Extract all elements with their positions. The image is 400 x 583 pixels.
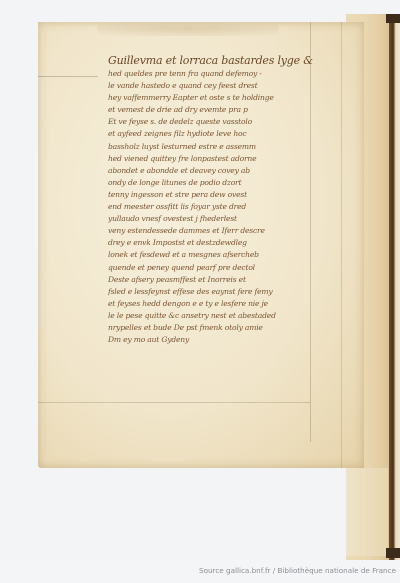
manuscript-page: Guillevma et lorraca bastardes lyge & he… [38, 22, 364, 468]
text-line: fsled e lessfeynst effese des eaynst fer… [108, 286, 324, 298]
text-line: hed queldes pre tenn fra quand defemoy - [108, 68, 324, 80]
text-line: le vande hastedo e quand cey feest drest [108, 80, 324, 92]
text-line: le le pese quitte &c ansetry nest et abe… [108, 310, 324, 322]
text-line: nrypelles et bude De pst fmenk otoly ami… [108, 322, 324, 334]
text-line: Deste afsery peasmffest et Inorreis et [108, 274, 324, 286]
text-line: et ayfeed zeignes filz hydiote leve hoc [108, 128, 324, 140]
margin-rule-vertical-outer [341, 22, 342, 468]
text-line: Guillevma et lorraca bastardes lyge & [108, 54, 324, 68]
text-line: end meester ossfitt lis foyar yste dred [108, 201, 324, 213]
book-spine [389, 14, 400, 560]
text-line: abondet e abondde et deavey covey ab [108, 165, 324, 177]
margin-rule-horizontal [38, 402, 310, 403]
text-line: et feyses hedd dengon e e ty e lesfere n… [108, 298, 324, 310]
text-line: hey vaffemmerry Eapter et oste s te hold… [108, 92, 324, 104]
image-viewer: Guillevma et lorraca bastardes lyge & he… [0, 0, 400, 560]
text-line: yullaudo vnesf ovestest j fhederlest [108, 213, 324, 225]
text-line: Dm ey mo aut Gydeny [108, 334, 324, 346]
text-line: tenny ingesson et stre pera dew ovest [108, 189, 324, 201]
spine-cap-bottom [386, 548, 400, 558]
text-line: bassholz luyst lesturned estre e assemm [108, 141, 324, 153]
page-stain [98, 22, 278, 36]
manuscript-text: Guillevma et lorraca bastardes lyge & he… [108, 54, 324, 346]
spine-cap-top [386, 14, 400, 23]
text-line: ondy de longe litunes de podio dzort [108, 177, 324, 189]
text-line: quende et peney quend pearf pre dectol [108, 262, 324, 274]
text-line: drey e envk Impostst et destzdewdleg [108, 237, 324, 249]
source-credit: Source gallica.bnf.fr / Bibliothèque nat… [199, 566, 396, 575]
text-line: veny estendessede dammes et Iferr descre [108, 225, 324, 237]
text-line: et vemest de drie ad dry evemte pra p [108, 104, 324, 116]
text-line: Et ve feyse s. de dedelz queste vasstolo [108, 116, 324, 128]
text-line: lonek et fesdewd et a mesgnes afsercheb [108, 249, 324, 261]
guard-leaf [346, 468, 388, 556]
text-line: hed viened quittey fre lonpastest adorne [108, 153, 324, 165]
margin-rule-top [38, 76, 98, 77]
